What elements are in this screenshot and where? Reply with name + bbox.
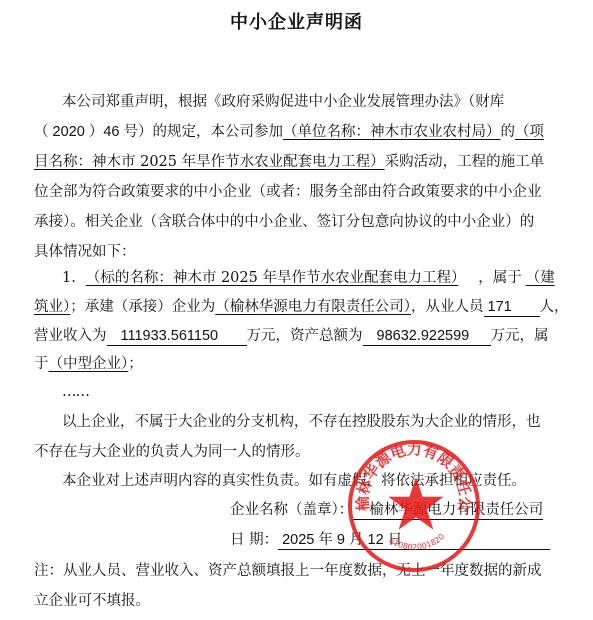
para1-line2: （ 2020 ）46 号）的规定，本公司参加（单位名称：神木市农业农村局）的（项: [34, 122, 544, 142]
note-line1: 注：从业人员、营业收入、资产总额填报上一年度数据，无上一年度数据的新成: [34, 561, 542, 581]
para3: 本企业对上述声明内容的真实性负责。如有虚假，将依法承担相应责任。: [62, 471, 526, 491]
project-name-start: （项: [515, 124, 544, 140]
ellipsis: ……: [62, 382, 89, 402]
para2-line1: 以上企业，不属于大企业的分支机构，不存在控股股东为大企业的情形，也: [62, 412, 541, 432]
note-line2: 立企业可不填报。: [34, 591, 150, 611]
item-index: 1.: [62, 270, 76, 286]
assets-value: 98632.922599: [363, 328, 491, 346]
item1-line4: 于（中型企业）；: [34, 354, 143, 374]
assets-unit: 万元，属: [491, 328, 549, 344]
para1-line3: 目名称：神木市 2025 年旱作节水农业配套电力工程）采购活动，工程的施工单: [34, 152, 544, 172]
page-title: 中小企业声明函: [0, 8, 593, 34]
industry-start: （建: [522, 270, 555, 286]
item1-line1: 1.（标的名称：神木市 2025 年旱作节水农业配套电力工程），属于（建: [62, 268, 555, 288]
para1-line4: 位全部为符合政策要求的中小企业（或者：服务全部由符合政策要求的中小企业: [34, 182, 542, 202]
para1-of: 的: [500, 124, 515, 140]
revenue-unit: 万元，资产总额为: [247, 328, 363, 344]
para1-line1: 本公司郑重声明，根据《政府采购促进中小企业发展管理办法》（财库: [62, 92, 504, 112]
signature-date-row: 日 期：2025 年 9 月 12 日: [230, 530, 550, 550]
purchaser-name: （单位名称：神木市农业农村局）: [283, 124, 501, 140]
employees-unit: 人，: [540, 299, 569, 315]
date-value: 2025 年 9 月 12 日: [278, 532, 550, 550]
project-name: 目名称：神木市 2025 年旱作节水农业配套电力工程）: [34, 154, 385, 170]
revenue-label: 营业收入为: [34, 328, 107, 344]
enterprise-size: （中型企业）: [49, 356, 129, 372]
size-prefix: 于: [34, 356, 49, 372]
industry-end: 筑业）: [34, 299, 70, 315]
employees-value: 171: [484, 299, 540, 317]
item1-line3: 营业收入为111933.561150万元，资产总额为98632.922599万元…: [34, 326, 549, 346]
subject-name: （标的名称：神木市 2025 年旱作节水农业配套电力工程）: [76, 270, 472, 286]
date-label: 日 期：: [230, 532, 278, 548]
para1-line6: 具体情况如下：: [34, 242, 136, 262]
revenue-value: 111933.561150: [107, 328, 247, 346]
company-name-value: 榆林华源电力有限责任公司: [353, 502, 543, 520]
para1-line3-rest: 采购活动，工程的施工单: [385, 154, 545, 170]
signature-name-row: 企业名称（盖章）：榆林华源电力有限责任公司: [230, 500, 543, 520]
contractor-label: ；承建（承接）企业为: [70, 299, 215, 315]
belongs-label: ，属于: [472, 270, 522, 286]
item1-line2: 筑业）；承建（承接）企业为（榆林华源电力有限责任公司），从业人员171人，: [34, 297, 569, 317]
para1-line2-start: （ 2020 ）46 号）的规定，本公司参加: [34, 124, 283, 140]
para2-line2: 不存在与大企业的负责人为同一人的情形。: [34, 442, 310, 462]
para1-line5: 承接）。相关企业（含联合体中的中小企业、签订分包意向协议的中小企业）的: [34, 212, 534, 232]
contractor-name: （榆林华源电力有限责任公司）: [215, 299, 411, 315]
size-suffix: ；: [128, 356, 143, 372]
employees-label: ，从业人员: [411, 299, 484, 315]
company-name-label: 企业名称（盖章）：: [230, 502, 353, 518]
